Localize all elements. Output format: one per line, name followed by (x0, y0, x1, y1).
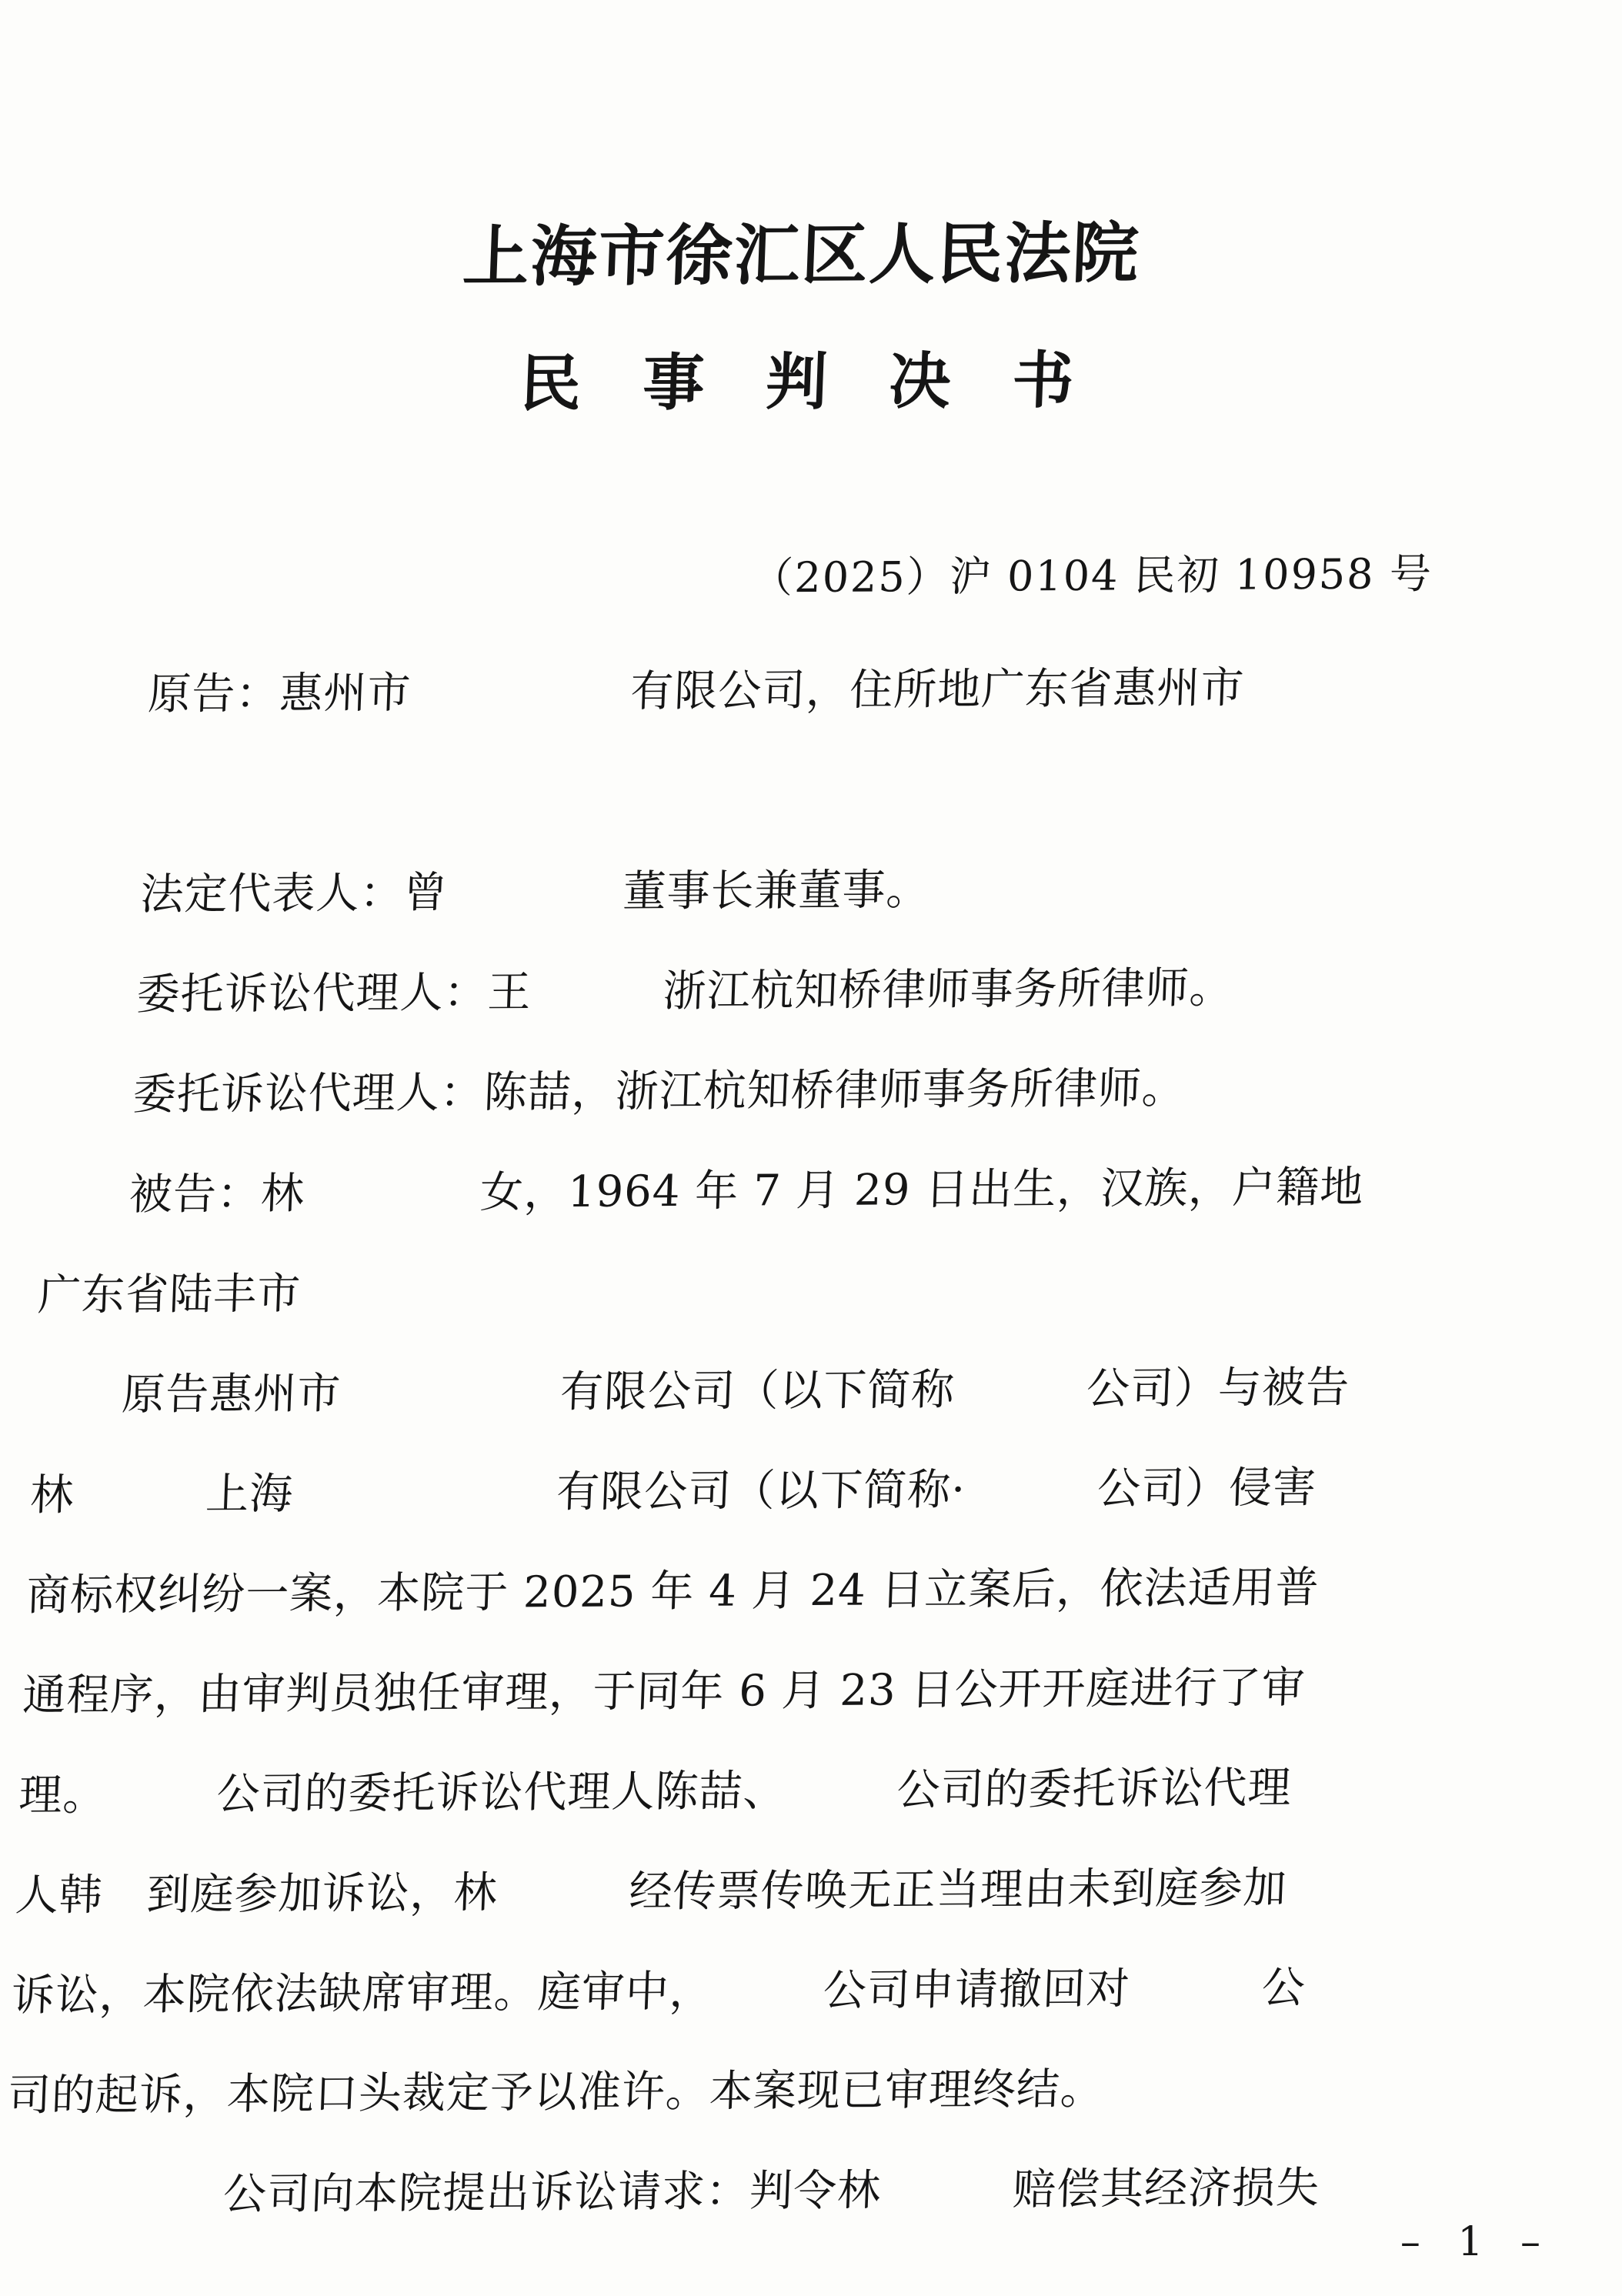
body-line: 委托诉讼代理人：王 浙江杭知桥律师事务所律师。 (47, 936, 1544, 1046)
case-number: （2025）沪 0104 民初 10958 号 (750, 541, 1433, 604)
judgment-page: 上海市徐汇区人民法院 民 事 判 决 书 （2025）沪 0104 民初 109… (0, 0, 1622, 2296)
body-line: 林 上海 有限公司（以下简称· 公司）侵害 (28, 1437, 1525, 1546)
document-title: 民 事 判 决 书 (0, 328, 1610, 426)
body-line: 司的起诉，本院口头裁定予以准许。本案现已审理终结。 (6, 2037, 1503, 2147)
body-line (55, 736, 1551, 846)
court-name: 上海市徐汇区人民法院 (0, 197, 1614, 302)
page-number: – 1 – (1400, 2219, 1553, 2265)
body-line: 诉讼，本院依法缺席审理。庭审中， 公司申请撤回对 公 (9, 1937, 1506, 2047)
body-line: 公司向本院提出诉讼请求：判令林 赔偿其经济损失 (2, 2137, 1499, 2247)
body-line: 理。 公司的委托诉讼代理人陈喆、 公司的委托诉讼代理 (17, 1737, 1514, 1846)
body-line: 被告：林 女，1964 年 7 月 29 日出生，汉族，户籍地 (39, 1136, 1536, 1246)
body-line: 委托诉讼代理人：陈喆，浙江杭知桥律师事务所律师。 (43, 1036, 1540, 1146)
document-body: 原告：惠州市 有限公司，住所地广东省惠州市 法定代表人：曾 董事长兼董事。 委托… (2, 636, 1555, 2246)
body-line: 法定代表人：曾 董事长兼董事。 (51, 836, 1547, 946)
body-line: 商标权纠纷一案，本院于 2025 年 4 月 24 日立案后，依法适用普 (25, 1537, 1521, 1646)
body-line: 原告：惠州市 有限公司，住所地广东省惠州市 (58, 636, 1555, 746)
body-line: 人韩 到庭参加诉讼，林 经传票传唤无正当理由未到庭参加 (13, 1837, 1510, 1946)
body-line: 通程序，由审判员独任审理，于同年 6 月 23 日公开开庭进行了审 (21, 1637, 1517, 1746)
body-line: 原告惠州市 有限公司（以下简称 公司）与被告 (32, 1337, 1529, 1446)
document-content: 上海市徐汇区人民法院 民 事 判 决 书 （2025）沪 0104 民初 109… (0, 0, 1622, 5)
body-line: 广东省陆丰市 (36, 1236, 1533, 1346)
